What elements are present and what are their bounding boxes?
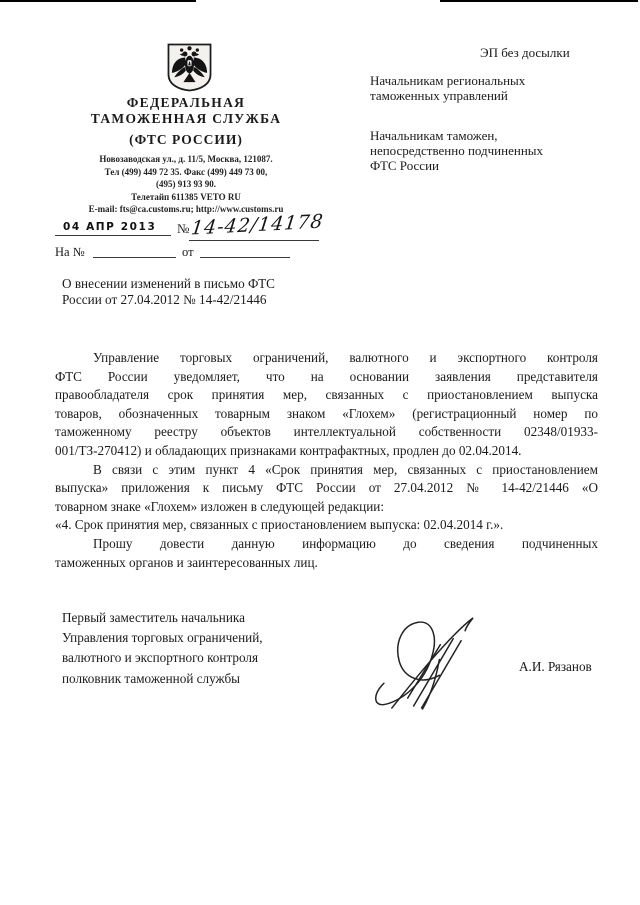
scan-artifact-line-left	[0, 0, 196, 2]
body-line: 001/ТЗ-270412) и обладающих признаками к…	[55, 442, 598, 461]
body-line: выпуска» приложения к письму ФТС России …	[55, 479, 598, 498]
subject-line: России от 27.04.2012 № 14-42/21446	[62, 292, 362, 308]
number-sign: №	[177, 221, 189, 237]
signer-position-line: Управления торговых ограничений,	[62, 628, 322, 648]
body-line: товарном знаке «Глохем» изложен в следую…	[55, 498, 598, 517]
subject-block: О внесении изменений в письмо ФТСРоссии …	[62, 276, 362, 308]
org-name-line1: ФЕДЕРАЛЬНАЯ	[36, 95, 336, 111]
body-line: Управление торговых ограничений, валютно…	[55, 349, 598, 368]
address-line: Телетайп 611385 VETO RU	[36, 191, 336, 204]
body-line: таможенных органов и заинтересованных ли…	[55, 554, 598, 573]
recipient-group-1: Начальникам региональныхтаможенных управ…	[370, 73, 600, 103]
signer-name: А.И. Рязанов	[519, 659, 592, 675]
body-line: ФТС России уведомляет, что на основании …	[55, 368, 598, 387]
subject-line: О внесении изменений в письмо ФТС	[62, 276, 362, 292]
letterhead-org-block: ФЕДЕРАЛЬНАЯ ТАМОЖЕННАЯ СЛУЖБА (ФТС РОССИ…	[36, 95, 336, 148]
date-underline	[55, 235, 171, 236]
routing-note: ЭП без досылки	[480, 45, 570, 61]
signature-icon	[368, 606, 486, 710]
number-underline	[189, 240, 319, 241]
signer-position-line: Первый заместитель начальника	[62, 608, 322, 628]
letter-body: Управление торговых ограничений, валютно…	[55, 349, 598, 572]
signer-position-line: полковник таможенной службы	[62, 669, 322, 689]
org-short-name: (ФТС РОССИИ)	[36, 132, 336, 148]
date-stamp: 04 АПР 2013	[63, 221, 156, 233]
body-line: «4. Срок принятия мер, связанных с приос…	[55, 516, 598, 535]
address-line: Тел (499) 449 72 35. Факс (499) 449 73 0…	[36, 166, 336, 179]
body-line: таможенному реестру объектов интеллектуа…	[55, 423, 598, 442]
recipient-line: непосредственно подчиненных	[370, 143, 600, 158]
recipient-line: Начальникам региональных	[370, 73, 600, 88]
signer-position-block: Первый заместитель начальникаУправления …	[62, 608, 322, 689]
reply-to-label: На №	[55, 245, 85, 260]
recipient-line: таможенных управлений	[370, 88, 600, 103]
reply-from-label: от	[182, 245, 194, 260]
address-line: Новозаводская ул., д. 11/5, Москва, 1210…	[36, 153, 336, 166]
scanned-letter-page: ФЕДЕРАЛЬНАЯ ТАМОЖЕННАЯ СЛУЖБА (ФТС РОССИ…	[0, 0, 640, 905]
letterhead-address-block: Новозаводская ул., д. 11/5, Москва, 1210…	[36, 153, 336, 216]
recipient-line: ФТС России	[370, 158, 600, 173]
body-line: Прошу довести данную информацию до сведе…	[55, 535, 598, 554]
reply-date-blank	[200, 257, 290, 258]
address-line: (495) 913 93 90.	[36, 178, 336, 191]
scan-artifact-line-right	[440, 0, 638, 2]
body-line: правообладателя срок принятия мер, связа…	[55, 386, 598, 405]
recipient-line: Начальникам таможен,	[370, 128, 600, 143]
reply-number-blank	[93, 257, 176, 258]
body-line: В связи с этим пункт 4 «Срок принятия ме…	[55, 461, 598, 480]
body-line: товаров, обозначенных товарным знаком «Г…	[55, 405, 598, 424]
recipient-group-2: Начальникам таможен,непосредственно подч…	[370, 128, 600, 174]
signer-position-line: валютного и экспортного контроля	[62, 648, 322, 668]
org-name-line2: ТАМОЖЕННАЯ СЛУЖБА	[36, 111, 336, 127]
coat-of-arms-icon	[167, 43, 212, 92]
